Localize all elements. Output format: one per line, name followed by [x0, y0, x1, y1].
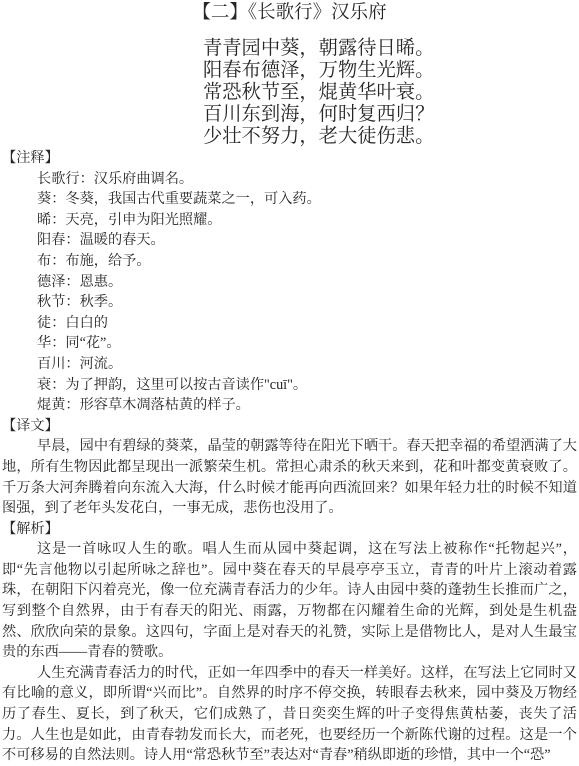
poem-line-3: 常恐秋节至，焜黄华叶衰。: [203, 82, 577, 104]
poem-line-4: 百川东到海，何时复西归？: [203, 104, 577, 126]
notes-list: 长歌行：汉乐府曲调名。 葵：冬葵，我国古代重要蔬菜之一，可入药。 晞：天亮，引申…: [2, 169, 577, 416]
notes-section-header: 【注释】: [2, 148, 577, 169]
note-item-shuai: 衰：为了押韵，这里可以按古音读作"cuī"。: [37, 375, 577, 396]
analysis-section-header: 【解析】: [2, 519, 577, 540]
translation-section-header: 【译文】: [2, 416, 577, 437]
document-page: 【二】《长歌行》汉乐府 青青园中葵，朝露待日晞。 阳春布德泽，万物生光辉。 常恐…: [0, 0, 579, 766]
document-title: 【二】《长歌行》汉乐府: [2, 2, 577, 24]
note-item-qiujie: 秋节：秋季。: [37, 292, 577, 313]
note-item-hua: 华：同“花”。: [37, 333, 577, 354]
note-item-baichuan: 百川：河流。: [37, 354, 577, 375]
note-item-kunhuang: 焜黄：形容草木凋落枯黄的样子。: [37, 395, 577, 416]
note-item-tu: 徒：白白的: [37, 313, 577, 334]
note-item-xi: 晞：天亮，引申为阳光照耀。: [37, 210, 577, 231]
note-item-bu: 布：布施，给予。: [37, 251, 577, 272]
translation-paragraph: 早晨，园中有碧绿的葵菜，晶莹的朝露等待在阳光下晒干。春天把幸福的希望洒满了大地，…: [2, 436, 577, 518]
note-item-kui: 葵：冬葵，我国古代重要蔬菜之一，可入药。: [37, 189, 577, 210]
note-item-changgexing: 长歌行：汉乐府曲调名。: [37, 169, 577, 190]
poem-line-2: 阳春布德泽，万物生光辉。: [203, 60, 577, 82]
poem-block: 青青园中葵，朝露待日晞。 阳春布德泽，万物生光辉。 常恐秋节至，焜黄华叶衰。 百…: [203, 38, 577, 148]
poem-line-5: 少壮不努力，老大徒伤悲。: [203, 126, 577, 148]
analysis-paragraph-1: 这是一首咏叹人生的歌。唱人生而从园中葵起调，这在写法上被称作“托物起兴”，即“先…: [2, 539, 577, 663]
note-item-deze: 德泽：恩惠。: [37, 272, 577, 293]
poem-line-1: 青青园中葵，朝露待日晞。: [203, 38, 577, 60]
analysis-paragraph-2: 人生充满青春活力的时代，正如一年四季中的春天一样美好。这样，在写法上它同时又有比…: [2, 663, 577, 766]
note-item-yangchun: 阳春：温暖的春天。: [37, 230, 577, 251]
